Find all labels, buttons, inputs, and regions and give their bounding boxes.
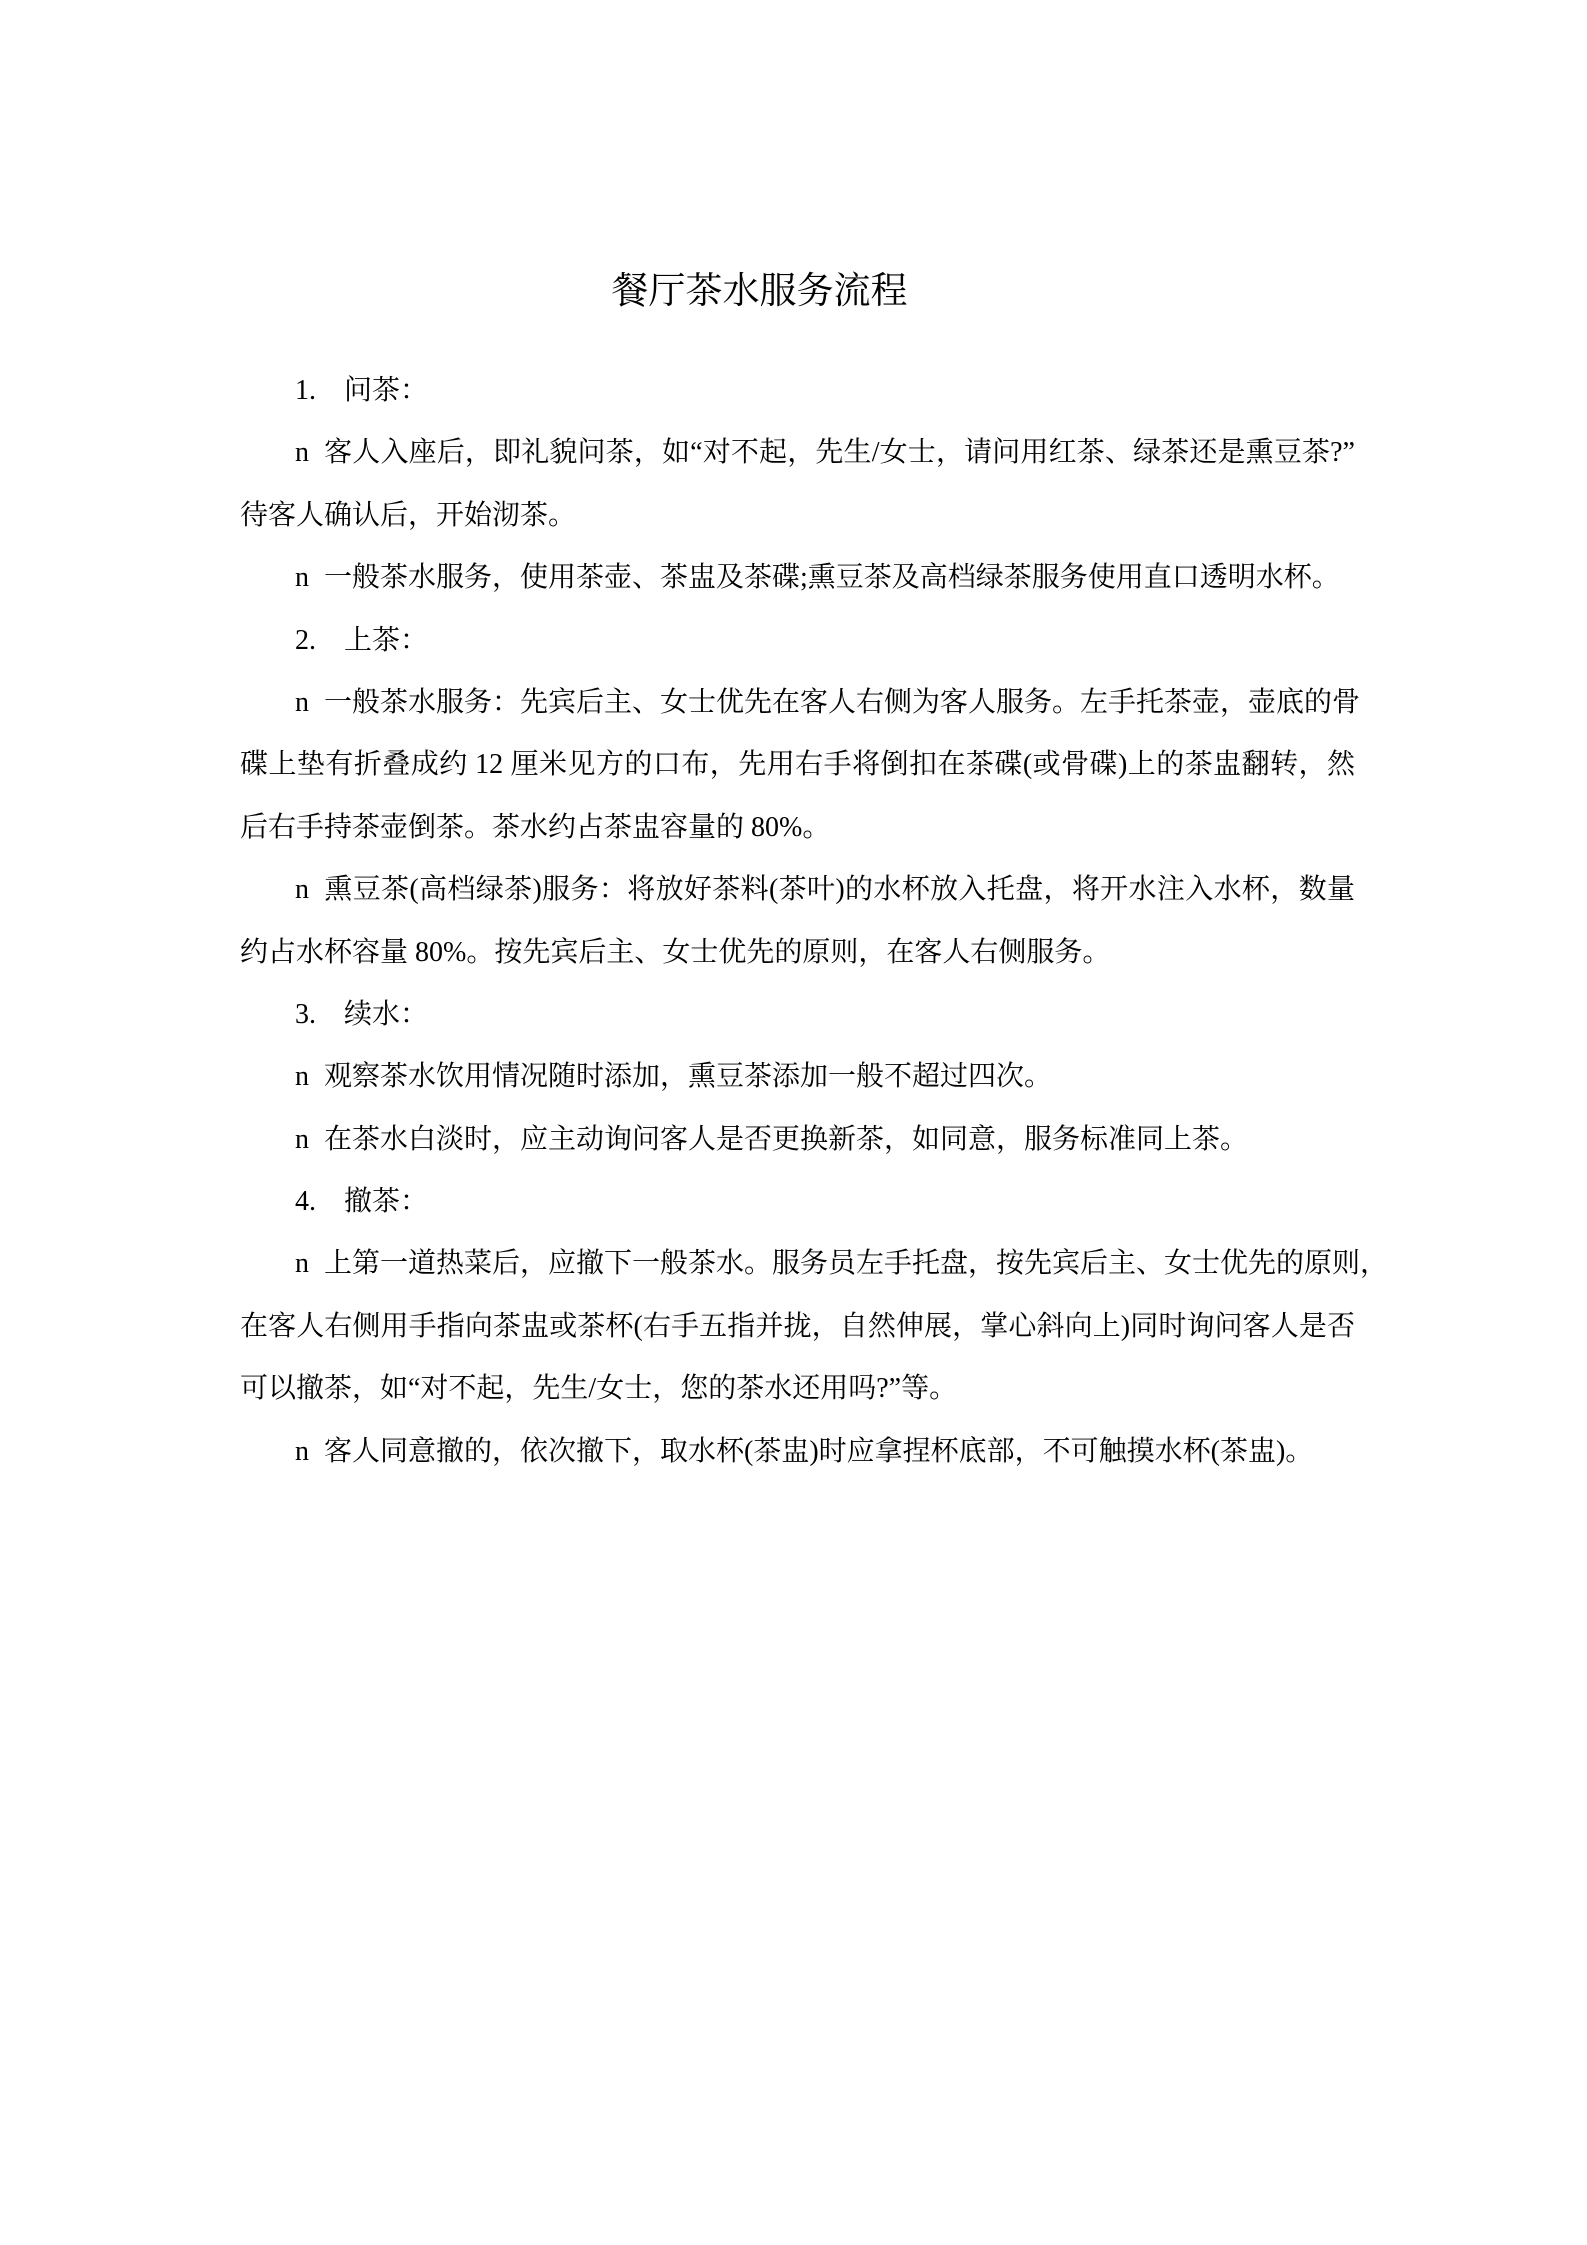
line-text: 待客人确认后，开始沏茶。 bbox=[240, 500, 576, 531]
document-title: 餐厅茶水服务流程 bbox=[240, 268, 1355, 314]
continuation-line: 在客人右侧用手指向茶盅或茶杯(右手五指并拢，自然伸展，掌心斜向上)同时询问客人是… bbox=[240, 1296, 1355, 1358]
list-number-marker: 1. bbox=[295, 360, 316, 422]
list-number-marker: 2. bbox=[295, 610, 316, 672]
bullet-marker: n bbox=[295, 1109, 309, 1171]
line-text: 一般茶水服务，使用茶壶、茶盅及茶碟;熏豆茶及高档绿茶服务使用直口透明水杯。 bbox=[324, 562, 1340, 593]
bullet-marker: n bbox=[295, 1421, 309, 1483]
line-text: 后右手持茶壶倒茶。茶水约占茶盅容量的 80%。 bbox=[240, 812, 830, 843]
numbered-heading-line: 1.问茶： bbox=[240, 360, 1355, 422]
list-number-marker: 4. bbox=[295, 1171, 316, 1233]
line-text: 上第一道热菜后，应撤下一般茶水。服务员左手托盘，按先宾后主、女士优先的原则， bbox=[324, 1248, 1388, 1279]
document-page: 餐厅茶水服务流程 1.问茶：n客人入座后，即礼貌问茶，如“对不起，先生/女士，请… bbox=[0, 0, 1587, 2245]
numbered-heading-line: 3.续水： bbox=[240, 984, 1355, 1046]
bullet-marker: n bbox=[295, 859, 309, 921]
bullet-marker: n bbox=[295, 1046, 309, 1108]
line-text: 问茶： bbox=[344, 375, 428, 406]
document-body: 1.问茶：n客人入座后，即礼貌问茶，如“对不起，先生/女士，请问用红茶、绿茶还是… bbox=[240, 360, 1355, 1483]
bullet-paragraph-line: n客人入座后，即礼貌问茶，如“对不起，先生/女士，请问用红茶、绿茶还是熏豆茶?” bbox=[240, 422, 1355, 484]
bullet-paragraph-line: n熏豆茶(高档绿茶)服务：将放好茶料(茶叶)的水杯放入托盘，将开水注入水杯，数量 bbox=[240, 859, 1355, 921]
line-text: 在茶水白淡时，应主动询问客人是否更换新茶，如同意，服务标准同上茶。 bbox=[324, 1124, 1248, 1155]
bullet-paragraph-line: n上第一道热菜后，应撤下一般茶水。服务员左手托盘，按先宾后主、女士优先的原则， bbox=[240, 1233, 1355, 1295]
continuation-line: 后右手持茶壶倒茶。茶水约占茶盅容量的 80%。 bbox=[240, 797, 1355, 859]
bullet-paragraph-line: n在茶水白淡时，应主动询问客人是否更换新茶，如同意，服务标准同上茶。 bbox=[240, 1109, 1355, 1171]
bullet-marker: n bbox=[295, 1233, 309, 1295]
line-text: 在客人右侧用手指向茶盅或茶杯(右手五指并拢，自然伸展，掌心斜向上)同时询问客人是… bbox=[240, 1311, 1355, 1342]
continuation-line: 约占水杯容量 80%。按先宾后主、女士优先的原则，在客人右侧服务。 bbox=[240, 922, 1355, 984]
line-text: 上茶： bbox=[344, 625, 428, 656]
line-text: 碟上垫有折叠成约 12 厘米见方的口布，先用右手将倒扣在茶碟(或骨碟)上的茶盅翻… bbox=[240, 749, 1355, 780]
line-text: 可以撤茶，如“对不起，先生/女士，您的茶水还用吗?”等。 bbox=[240, 1373, 957, 1404]
list-number-marker: 3. bbox=[295, 984, 316, 1046]
bullet-paragraph-line: n一般茶水服务：先宾后主、女士优先在客人右侧为客人服务。左手托茶壶，壶底的骨 bbox=[240, 672, 1355, 734]
numbered-heading-line: 4.撤茶： bbox=[240, 1171, 1355, 1233]
bullet-marker: n bbox=[295, 547, 309, 609]
line-text: 撤茶： bbox=[344, 1186, 428, 1217]
continuation-line: 待客人确认后，开始沏茶。 bbox=[240, 485, 1355, 547]
document-title-text: 餐厅茶水服务流程 bbox=[612, 268, 908, 314]
bullet-paragraph-line: n客人同意撤的，依次撤下，取水杯(茶盅)时应拿捏杯底部，不可触摸水杯(茶盅)。 bbox=[240, 1421, 1355, 1483]
line-text: 客人同意撤的，依次撤下，取水杯(茶盅)时应拿捏杯底部，不可触摸水杯(茶盅)。 bbox=[324, 1436, 1313, 1467]
line-text: 约占水杯容量 80%。按先宾后主、女士优先的原则，在客人右侧服务。 bbox=[240, 937, 1110, 968]
continuation-line: 可以撤茶，如“对不起，先生/女士，您的茶水还用吗?”等。 bbox=[240, 1358, 1355, 1420]
line-text: 观察茶水饮用情况随时添加，熏豆茶添加一般不超过四次。 bbox=[324, 1061, 1052, 1092]
bullet-paragraph-line: n观察茶水饮用情况随时添加，熏豆茶添加一般不超过四次。 bbox=[240, 1046, 1355, 1108]
line-text: 客人入座后，即礼貌问茶，如“对不起，先生/女士，请问用红茶、绿茶还是熏豆茶?” bbox=[324, 437, 1355, 468]
bullet-marker: n bbox=[295, 672, 309, 734]
line-text: 续水： bbox=[344, 999, 428, 1030]
continuation-line: 碟上垫有折叠成约 12 厘米见方的口布，先用右手将倒扣在茶碟(或骨碟)上的茶盅翻… bbox=[240, 734, 1355, 796]
line-text: 熏豆茶(高档绿茶)服务：将放好茶料(茶叶)的水杯放入托盘，将开水注入水杯，数量 bbox=[324, 874, 1355, 905]
numbered-heading-line: 2.上茶： bbox=[240, 610, 1355, 672]
bullet-marker: n bbox=[295, 422, 309, 484]
bullet-paragraph-line: n一般茶水服务，使用茶壶、茶盅及茶碟;熏豆茶及高档绿茶服务使用直口透明水杯。 bbox=[240, 547, 1355, 609]
line-text: 一般茶水服务：先宾后主、女士优先在客人右侧为客人服务。左手托茶壶，壶底的骨 bbox=[324, 687, 1360, 718]
